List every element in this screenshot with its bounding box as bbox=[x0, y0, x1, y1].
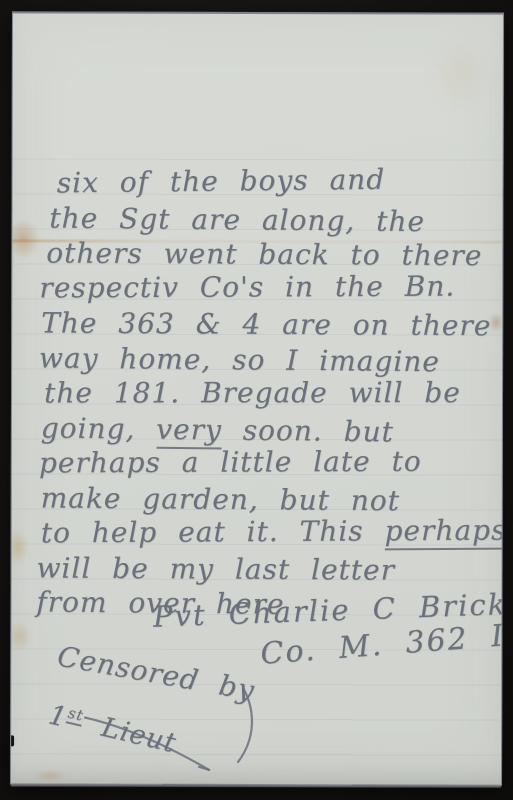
handwritten-line: make garden, but not bbox=[41, 483, 400, 515]
line-text: six of the boys and bbox=[57, 163, 386, 200]
line-text: The 363 & 4 are on there bbox=[41, 306, 491, 342]
letter-page: six of the boys and the Sgt are along, t… bbox=[10, 11, 504, 785]
handwritten-line: six of the boys and bbox=[57, 165, 386, 198]
handwritten-line: will be my last letter bbox=[36, 553, 395, 585]
handwritten-line: The 363 & 4 are on there bbox=[41, 308, 491, 340]
paper-edge-notch bbox=[10, 735, 14, 746]
line-text: the Sgt are along, the bbox=[49, 201, 425, 238]
line-text: way home, so I imagine bbox=[39, 341, 440, 378]
handwritten-line: going, very soon. but bbox=[41, 413, 394, 446]
handwritten-line: perhaps a little late to bbox=[39, 447, 422, 478]
stain bbox=[33, 769, 67, 782]
line-text: make garden, but not bbox=[41, 481, 401, 517]
line-text: will be my last letter bbox=[36, 551, 395, 586]
underlined-word: perhaps bbox=[384, 514, 504, 551]
line-text: perhaps a little late to bbox=[39, 445, 422, 480]
line-text: the 181. Bregade will be bbox=[44, 376, 461, 409]
photograph: six of the boys and the Sgt are along, t… bbox=[0, 0, 513, 800]
photo-background: { "colors": { "background": "#151311", "… bbox=[0, 0, 513, 800]
line-text: going, bbox=[41, 411, 157, 445]
underlined-word: very bbox=[156, 413, 222, 450]
handwritten-line: to help eat it. This perhaps bbox=[41, 516, 504, 548]
line-text: to help eat it. This bbox=[41, 514, 385, 549]
handwritten-line: the 181. Bregade will be bbox=[44, 378, 461, 408]
handwritten-line: the Sgt are along, the bbox=[49, 203, 425, 236]
line-text: others went back to there bbox=[46, 236, 482, 272]
handwritten-line: others went back to there bbox=[46, 238, 482, 270]
line-text: soon. but bbox=[222, 413, 394, 448]
line-text: respectiv Co's in the Bn. bbox=[39, 270, 455, 305]
handwritten-line: way home, so I imagine bbox=[39, 343, 440, 376]
handwritten-line: respectiv Co's in the Bn. bbox=[39, 272, 455, 303]
stain bbox=[428, 34, 494, 112]
